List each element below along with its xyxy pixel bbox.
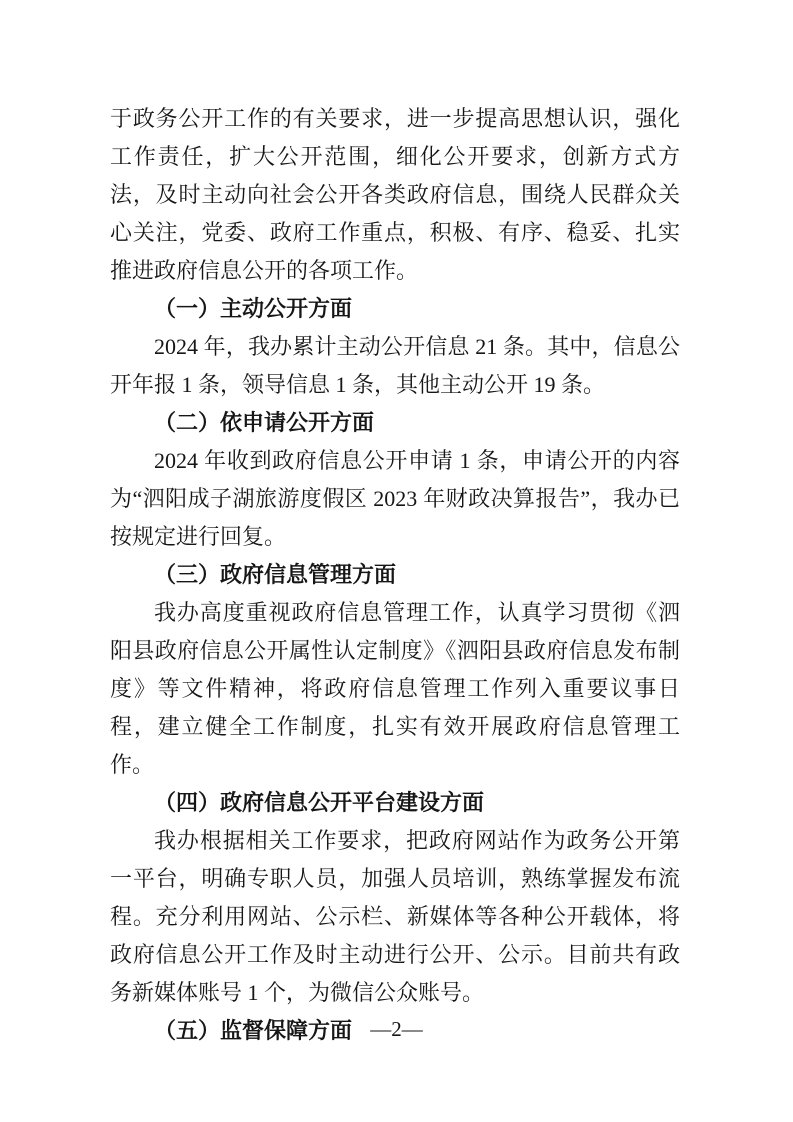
- page-number: —2—: [0, 1014, 793, 1044]
- section-heading-3: （三）政府信息管理方面: [110, 556, 680, 594]
- section-heading-2: （二）依申请公开方面: [110, 404, 680, 442]
- paragraph: 我办根据相关工作要求，把政府网站作为政务公开第一平台，明确专职人员，加强人员培训…: [110, 822, 680, 1012]
- document-body: 于政务公开工作的有关要求，进一步提高思想认识，强化工作责任，扩大公开范围，细化公…: [110, 100, 680, 1050]
- section-heading-1: （一）主动公开方面: [110, 290, 680, 328]
- paragraph: 于政务公开工作的有关要求，进一步提高思想认识，强化工作责任，扩大公开范围，细化公…: [110, 100, 680, 290]
- document-page: 于政务公开工作的有关要求，进一步提高思想认识，强化工作责任，扩大公开范围，细化公…: [0, 0, 793, 1122]
- paragraph: 2024 年，我办累计主动公开信息 21 条。其中，信息公开年报 1 条，领导信…: [110, 328, 680, 404]
- section-heading-4: （四）政府信息公开平台建设方面: [110, 784, 680, 822]
- paragraph: 2024 年收到政府信息公开申请 1 条，申请公开的内容为“泗阳成子湖旅游度假区…: [110, 442, 680, 556]
- paragraph: 我办高度重视政府信息管理工作，认真学习贯彻《泗阳县政府信息公开属性认定制度》《泗…: [110, 594, 680, 784]
